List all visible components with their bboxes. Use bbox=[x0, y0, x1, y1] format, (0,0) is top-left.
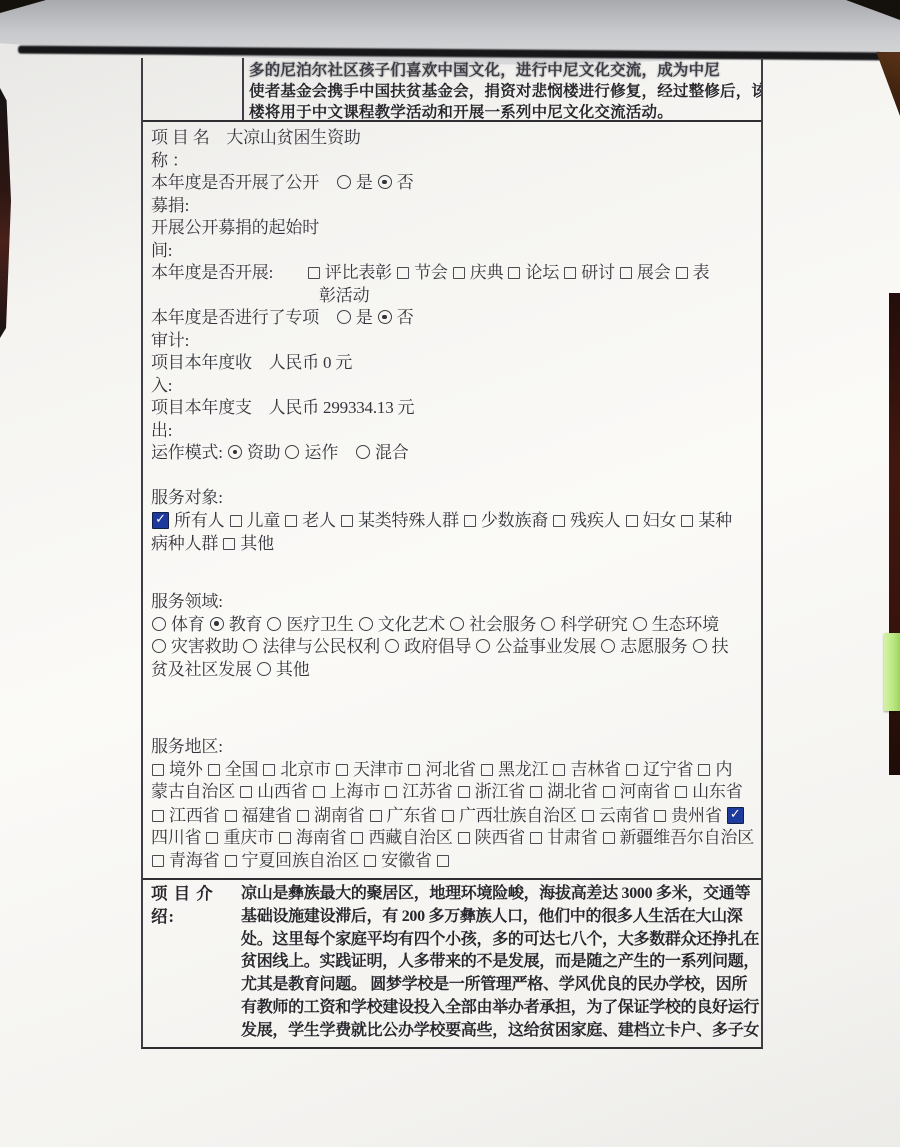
project-fields-row: 项 目 名 大凉山贫困生资助称 ：本年度是否开展了公开 是 否募捐:开展公开募捐… bbox=[143, 122, 761, 878]
radio[interactable] bbox=[359, 617, 373, 631]
previous-section-line: 使者基金会携手中国扶贫基金会，捐资对悲悯楼进行修复，经过整修后，该 bbox=[249, 81, 757, 102]
radio[interactable] bbox=[257, 662, 271, 676]
form-line: 间: bbox=[151, 240, 757, 263]
form-text: 宁夏回族自治区 bbox=[238, 851, 364, 870]
form-text: 江苏省 bbox=[398, 782, 457, 801]
intro-line: 发展，学生学费就比公办学校要高些，这给贫困家庭、建档立卡户、多子女 bbox=[241, 1020, 757, 1043]
form-line: 青海省 宁夏回族自治区 安徽省 bbox=[151, 850, 757, 873]
form-text: 是 bbox=[352, 173, 377, 192]
form-text: 广西壮族自治区 bbox=[455, 806, 581, 825]
form-line: 项目本年度收 人民币 0 元 bbox=[151, 352, 757, 375]
checkbox[interactable] bbox=[297, 810, 309, 822]
form-line: 项目本年度支 人民币 299334.13 元 bbox=[151, 397, 757, 420]
form-line: 开展公开募捐的起始时 bbox=[151, 217, 757, 240]
form-line: 项 目 名 大凉山贫困生资助 bbox=[151, 127, 757, 150]
checkbox[interactable] bbox=[385, 786, 397, 798]
form-text: 项 目 名 大凉山贫困生资助 bbox=[151, 128, 361, 147]
form-text: 广东省 bbox=[383, 806, 442, 825]
form-text: 湖南省 bbox=[310, 806, 369, 825]
form-line: 募捐: bbox=[151, 195, 757, 218]
checkbox[interactable] bbox=[152, 855, 164, 867]
form-text: 项目本年度支 人民币 299334.13 元 bbox=[151, 398, 414, 417]
form-line: 体育 教育 医疗卫生 文化艺术 社会服务 科学研究 生态环境 bbox=[151, 614, 757, 637]
checkbox[interactable] bbox=[263, 764, 275, 776]
form-text: 境外 bbox=[165, 760, 207, 779]
form-text: 运作模式: bbox=[151, 443, 227, 462]
checkbox[interactable] bbox=[397, 267, 409, 279]
form-text: 扶 bbox=[708, 637, 729, 656]
form-text: 某种 bbox=[694, 511, 732, 530]
form-text: 其他 bbox=[272, 660, 310, 679]
form-text: 项目本年度收 人民币 0 元 bbox=[151, 353, 352, 372]
intro-line: 贫困线上。实践证明，人多带来的不是发展，而是随之产生的一系列问题， bbox=[241, 951, 757, 974]
form-text: 安徽省 bbox=[377, 851, 436, 870]
form-line: 审计: bbox=[151, 330, 757, 353]
form-text: 科学研究 bbox=[556, 615, 631, 634]
form-text: 体育 bbox=[167, 615, 209, 634]
radio[interactable] bbox=[152, 639, 166, 653]
checkbox[interactable] bbox=[681, 515, 693, 527]
radio[interactable] bbox=[385, 639, 399, 653]
form-text: 河北省 bbox=[421, 760, 480, 779]
radio[interactable] bbox=[337, 310, 351, 324]
form-text: 资助 bbox=[243, 443, 285, 462]
form-text: 生态环境 bbox=[648, 615, 719, 634]
form-text: 出: bbox=[151, 421, 172, 440]
form-text: 政府倡导 bbox=[400, 637, 475, 656]
form-text: 儿童 bbox=[243, 511, 285, 530]
form-text: 法律与公民权利 bbox=[258, 637, 384, 656]
checkbox[interactable] bbox=[458, 786, 470, 798]
checkbox[interactable] bbox=[370, 810, 382, 822]
intro-line: 处。这里每个家庭平均有四个小孩，多的可达七八个，大多数群众还挣扎在 bbox=[241, 929, 757, 952]
form-text: 西藏自治区 bbox=[364, 828, 456, 847]
form-text: 募捐: bbox=[151, 196, 189, 215]
form-text: 青海省 bbox=[165, 851, 224, 870]
annual-report-form-table: 多的尼泊尔社区孩子们喜欢中国文化，进行中尼文化交流，成为中尼 使者基金会携手中国… bbox=[141, 58, 763, 1049]
form-text: 辽宁省 bbox=[639, 760, 698, 779]
form-line: 出: bbox=[151, 420, 757, 443]
form-line: 贫及社区发展 其他 bbox=[151, 659, 757, 682]
form-text: 北京市 bbox=[276, 760, 335, 779]
form-text: 甘肃省 bbox=[543, 828, 602, 847]
checkbox[interactable] bbox=[225, 855, 237, 867]
checkbox[interactable] bbox=[530, 786, 542, 798]
form-text: 本年度是否开展了公开 bbox=[151, 173, 336, 192]
form-text: 贵州省 bbox=[667, 806, 726, 825]
checkbox[interactable] bbox=[341, 515, 353, 527]
radio[interactable] bbox=[337, 175, 351, 189]
checkbox[interactable] bbox=[603, 832, 615, 844]
label-line: 项 目 介 bbox=[151, 883, 239, 906]
form-text: 贫及社区发展 bbox=[151, 660, 256, 679]
form-text: 江西省 bbox=[165, 806, 224, 825]
form-text: 节会 bbox=[410, 263, 452, 282]
form-text: 是 bbox=[352, 308, 377, 327]
radio[interactable] bbox=[476, 639, 490, 653]
form-text: 黑龙江 bbox=[494, 760, 553, 779]
form-text: 云南省 bbox=[595, 806, 654, 825]
form-text: 某类特殊人群 bbox=[354, 511, 463, 530]
form-text: 称 ： bbox=[151, 151, 189, 170]
radio[interactable] bbox=[633, 617, 647, 631]
checkbox[interactable] bbox=[364, 855, 376, 867]
form-line: 本年度是否开展了公开 是 否 bbox=[151, 172, 757, 195]
form-text: 内 bbox=[711, 760, 732, 779]
form-text: 服务领域: bbox=[151, 592, 223, 611]
radio[interactable] bbox=[693, 639, 707, 653]
form-text: 天津市 bbox=[349, 760, 408, 779]
checkbox[interactable] bbox=[351, 832, 363, 844]
form-line: 本年度是否进行了专项 是 否 bbox=[151, 307, 757, 330]
checkbox[interactable] bbox=[481, 764, 493, 776]
checkbox[interactable] bbox=[626, 515, 638, 527]
project-introduction-text: 凉山是彝族最大的聚居区，地理环境险峻，海拔高差达 3000 多米，交通等 基础设… bbox=[239, 880, 761, 1047]
checkbox[interactable] bbox=[206, 832, 218, 844]
checkbox[interactable] bbox=[464, 515, 476, 527]
form-text: 入: bbox=[151, 376, 172, 395]
form-text: 教育 bbox=[225, 615, 267, 634]
radio[interactable] bbox=[243, 639, 257, 653]
form-line: 境外 全国 北京市 天津市 河北省 黑龙江 吉林省 辽宁省 内 bbox=[151, 759, 757, 782]
checkbox[interactable] bbox=[654, 810, 666, 822]
form-text: 浙江省 bbox=[471, 782, 530, 801]
form-text: 全国 bbox=[221, 760, 263, 779]
checkbox[interactable] bbox=[553, 764, 565, 776]
form-line: 运作模式: 资助 运作 混合 bbox=[151, 442, 757, 465]
form-text: 展会 bbox=[633, 263, 675, 282]
form-text: 彰活动 bbox=[151, 286, 369, 305]
checkbox[interactable] bbox=[279, 832, 291, 844]
form-text: 四川省 bbox=[151, 828, 205, 847]
form-text: 病种人群 bbox=[151, 534, 222, 553]
photo-of-document: 多的尼泊尔社区孩子们喜欢中国文化，进行中尼文化交流，成为中尼 使者基金会携手中国… bbox=[0, 0, 900, 1147]
form-text: 庆典 bbox=[466, 263, 508, 282]
checkbox[interactable] bbox=[582, 810, 594, 822]
checkbox[interactable] bbox=[152, 810, 164, 822]
previous-section-line: 楼将用于中文课程教学活动和开展一系列中尼文化交流活动。 bbox=[249, 102, 757, 122]
form-text: 残疾人 bbox=[566, 511, 625, 530]
project-introduction-row: 项 目 介 绍: 凉山是彝族最大的聚居区，地理环境险峻，海拔高差达 3000 多… bbox=[143, 878, 761, 1047]
form-text: 山东省 bbox=[688, 782, 742, 801]
form-line: 蒙古自治区 山西省 上海市 江苏省 浙江省 湖北省 河南省 山东省 bbox=[151, 781, 757, 804]
checkbox[interactable] bbox=[225, 810, 237, 822]
checkbox[interactable] bbox=[208, 764, 220, 776]
form-text: 吉林省 bbox=[566, 760, 625, 779]
form-text: 陕西省 bbox=[471, 828, 530, 847]
checkbox[interactable] bbox=[698, 764, 710, 776]
form-line: 服务领域: bbox=[151, 591, 757, 614]
previous-section-line: 多的尼泊尔社区孩子们喜欢中国文化，进行中尼文化交流，成为中尼 bbox=[249, 60, 757, 81]
form-text: 河南省 bbox=[616, 782, 675, 801]
previous-section-text-row: 多的尼泊尔社区孩子们喜欢中国文化，进行中尼文化交流，成为中尼 使者基金会携手中国… bbox=[143, 58, 761, 122]
checkbox[interactable] bbox=[152, 764, 164, 776]
form-text: 公益事业发展 bbox=[491, 637, 600, 656]
form-line: 江西省 福建省 湖南省 广东省 广西壮族自治区 云南省 贵州省 bbox=[151, 804, 757, 828]
form-text: 少数族裔 bbox=[477, 511, 552, 530]
form-text: 海南省 bbox=[292, 828, 351, 847]
form-text: 否 bbox=[393, 308, 414, 327]
form-line: 本年度是否开展: 评比表彰 节会 庆典 论坛 研讨 展会 表 bbox=[151, 262, 757, 285]
form-text: 运作 bbox=[300, 443, 354, 462]
form-line: 病种人群 其他 bbox=[151, 533, 757, 556]
form-line: 称 ： bbox=[151, 150, 757, 173]
checkbox-checked[interactable] bbox=[727, 807, 744, 824]
form-text: 所有人 bbox=[170, 511, 229, 530]
radio[interactable] bbox=[356, 445, 370, 459]
radio-selected[interactable] bbox=[228, 445, 242, 459]
form-text: 审计: bbox=[151, 331, 189, 350]
form-text: 上海市 bbox=[326, 782, 385, 801]
checkbox[interactable] bbox=[223, 538, 235, 550]
radio-selected[interactable] bbox=[378, 175, 392, 189]
checkbox[interactable] bbox=[230, 515, 242, 527]
radio[interactable] bbox=[601, 639, 615, 653]
checkbox[interactable] bbox=[564, 267, 576, 279]
form-text: 本年度是否进行了专项 bbox=[151, 308, 336, 327]
form-text: 重庆市 bbox=[219, 828, 278, 847]
form-text: 社会服务 bbox=[465, 615, 540, 634]
form-text: 福建省 bbox=[238, 806, 297, 825]
form-text: 其他 bbox=[236, 534, 274, 553]
checkbox[interactable] bbox=[508, 267, 520, 279]
intro-line: 凉山是彝族最大的聚居区，地理环境险峻，海拔高差达 3000 多米，交通等 bbox=[241, 883, 757, 906]
form-line: 服务对象: bbox=[151, 487, 757, 510]
form-text: 文化艺术 bbox=[374, 615, 449, 634]
checkbox[interactable] bbox=[530, 832, 542, 844]
checkbox[interactable] bbox=[437, 855, 449, 867]
form-text: 蒙古自治区 bbox=[151, 782, 239, 801]
checkbox[interactable] bbox=[308, 267, 320, 279]
label-line: 绍: bbox=[151, 906, 239, 929]
radio-selected[interactable] bbox=[210, 617, 224, 631]
form-line: 入: bbox=[151, 375, 757, 398]
form-text: 医疗卫生 bbox=[282, 615, 357, 634]
checkbox[interactable] bbox=[458, 832, 470, 844]
checkbox[interactable] bbox=[626, 764, 638, 776]
form-line: 服务地区: bbox=[151, 736, 757, 759]
form-text: 妇女 bbox=[639, 511, 681, 530]
form-text: 研讨 bbox=[577, 263, 619, 282]
form-line: 四川省 重庆市 海南省 西藏自治区 陕西省 甘肃省 新疆维吾尔自治区 bbox=[151, 827, 757, 850]
form-text: 新疆维吾尔自治区 bbox=[616, 828, 754, 847]
radio[interactable] bbox=[267, 617, 281, 631]
form-text: 志愿服务 bbox=[616, 637, 691, 656]
form-text: 服务对象: bbox=[151, 488, 223, 507]
form-text: 灾害救助 bbox=[167, 637, 242, 656]
project-introduction-label: 项 目 介 绍: bbox=[143, 880, 239, 1047]
checkbox[interactable] bbox=[442, 810, 454, 822]
checkbox[interactable] bbox=[240, 786, 252, 798]
form-text: 湖北省 bbox=[543, 782, 602, 801]
form-text: 间: bbox=[151, 241, 172, 260]
form-text: 开展公开募捐的起始时 bbox=[151, 218, 319, 237]
checkbox[interactable] bbox=[313, 786, 325, 798]
radio[interactable] bbox=[450, 617, 464, 631]
form-text: 本年度是否开展: bbox=[151, 263, 307, 282]
form-text: 服务地区: bbox=[151, 737, 223, 756]
intro-line: 尤其是教育问题。 圆梦学校是一所管理严格、学风优良的民办学校，因所 bbox=[241, 974, 757, 997]
checkbox[interactable] bbox=[285, 515, 297, 527]
checkbox[interactable] bbox=[603, 786, 615, 798]
checkbox-checked[interactable] bbox=[152, 512, 169, 529]
green-bookmark-tab bbox=[884, 633, 900, 711]
form-text: 否 bbox=[393, 173, 414, 192]
checkbox[interactable] bbox=[336, 764, 348, 776]
checkbox[interactable] bbox=[553, 515, 565, 527]
form-line: 所有人 儿童 老人 某类特殊人群 少数族裔 残疾人 妇女 某种 bbox=[151, 509, 757, 533]
checkbox[interactable] bbox=[408, 764, 420, 776]
form-line: 彰活动 bbox=[151, 285, 757, 308]
form-text: 山西省 bbox=[253, 782, 312, 801]
radio-selected[interactable] bbox=[378, 310, 392, 324]
checkbox[interactable] bbox=[453, 267, 465, 279]
intro-line: 有教师的工资和学校建设投入全部由举办者承担，为了保证学校的良好运行 bbox=[241, 997, 757, 1020]
radio[interactable] bbox=[285, 445, 299, 459]
radio[interactable] bbox=[541, 617, 555, 631]
form-text: 混合 bbox=[371, 443, 409, 462]
radio[interactable] bbox=[152, 617, 166, 631]
form-text: 表 bbox=[689, 263, 710, 282]
form-line: 灾害救助 法律与公民权利 政府倡导 公益事业发展 志愿服务 扶 bbox=[151, 636, 757, 659]
form-text: 评比表彰 bbox=[321, 263, 396, 282]
form-text: 老人 bbox=[298, 511, 340, 530]
form-text: 论坛 bbox=[521, 263, 563, 282]
checkbox[interactable] bbox=[675, 786, 687, 798]
checkbox[interactable] bbox=[620, 267, 632, 279]
checkbox[interactable] bbox=[676, 267, 688, 279]
intro-line: 基础设施建设滞后，有 200 多万彝族人口，他们中的很多人生活在大山深 bbox=[241, 906, 757, 929]
